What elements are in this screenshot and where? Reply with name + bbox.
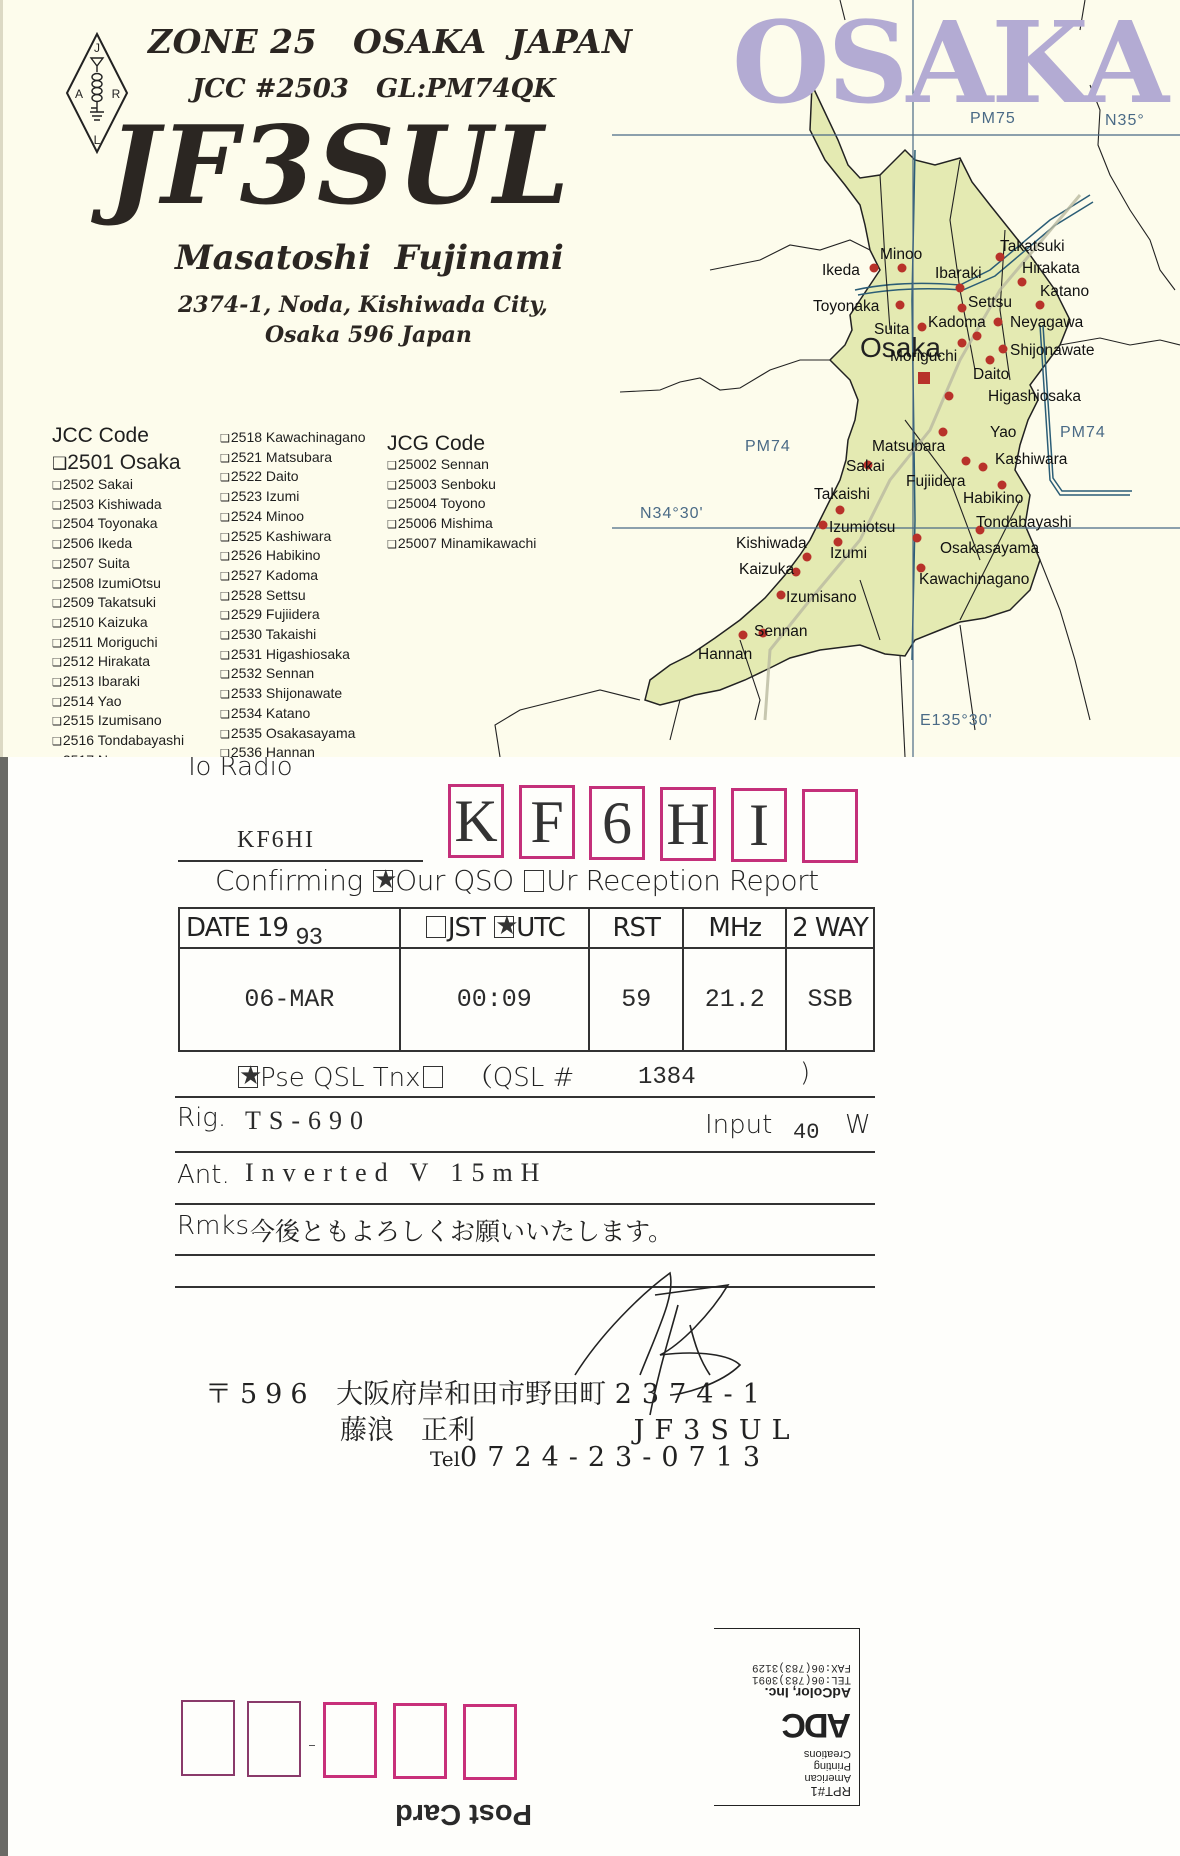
our-qso-checkbox[interactable] [373, 870, 393, 892]
map-city-label: Kaizuka [739, 561, 794, 579]
printer-tagline: Creations [722, 1748, 851, 1760]
jcc-list-column-1: 2502 Sakai2503 Kishiwada2504 Toyonaka250… [52, 476, 184, 772]
map-city-label: Daito [973, 366, 1009, 384]
jcg-list-item[interactable]: 25004 Toyono [387, 495, 536, 515]
rst-header: RST [589, 908, 684, 948]
jcc-featured-item: 2501 Osaka [52, 451, 181, 475]
map-city-label: Katano [1040, 283, 1089, 301]
map-city-label: Sennan [754, 623, 807, 641]
map-city-label: Hirakata [1022, 260, 1080, 278]
jcc-list-item[interactable]: 2523 Izumi [220, 488, 366, 508]
ant-underline [175, 1203, 875, 1205]
to-callsign: KF6HI [237, 827, 315, 854]
jcg-list-item[interactable]: 25007 Minamikawachi [387, 535, 536, 555]
jcc-list-item[interactable]: 2507 Suita [52, 555, 184, 575]
way-header: 2 WAY [786, 908, 874, 948]
confirming-line: Confirming Our QSO Ur Reception Report [215, 864, 819, 897]
rst-cell: 59 [589, 948, 684, 1051]
jcc-list-item[interactable]: 2530 Takaishi [220, 626, 366, 646]
jcc-list-item[interactable]: 2506 Ikeda [52, 535, 184, 555]
jcc-list-item[interactable]: 2526 Habikino [220, 547, 366, 567]
jcc-list-item[interactable]: 2527 Kadoma [220, 567, 366, 587]
input-label: Input [705, 1110, 772, 1140]
grid-label-pm75: PM75 [970, 110, 1016, 128]
jcg-list-item[interactable]: 25003 Senboku [387, 476, 536, 496]
map-city-label: Tondabayashi [976, 514, 1072, 532]
jcc-list-item[interactable]: 2515 Izumisano [52, 712, 184, 732]
antenna-value: Inverted V 15mH [245, 1158, 547, 1188]
postal-code-box[interactable] [323, 1702, 377, 1778]
time-cell: 00:09 [400, 948, 589, 1051]
jcc-list-item[interactable]: 2528 Settsu [220, 587, 366, 607]
jcg-list: 25002 Sennan25003 Senboku25004 Toyono250… [387, 456, 536, 555]
jcc-list-item[interactable]: 2529 Fujiidera [220, 606, 366, 626]
jcc-list-item[interactable]: 2521 Matsubara [220, 449, 366, 469]
our-qso-label: Our QSO [395, 864, 514, 897]
table-row: 06-MAR 00:09 59 21.2 SSB [179, 948, 874, 1051]
jcc-list-item[interactable]: 2522 Daito [220, 468, 366, 488]
postal-code-box[interactable] [247, 1701, 301, 1777]
pse-qsl-line: Pse QSL Tnx （QSL # [236, 1057, 574, 1094]
jcc-list-item[interactable]: 2516 Tondabayashi [52, 732, 184, 752]
map-city-label: Takatsuki [1000, 238, 1065, 256]
map-city-label: Habikino [963, 490, 1023, 508]
printer-tagline: Printing [722, 1760, 851, 1772]
mode-cell: SSB [786, 948, 874, 1051]
rig-underline [175, 1151, 875, 1153]
ur-reception-label: Ur Reception Report [546, 864, 819, 897]
printer-tel: TEL:06(783)3091 [722, 1673, 851, 1685]
map-city-label: Toyonaka [813, 298, 879, 316]
utc-checkbox[interactable] [494, 916, 514, 938]
zip-dash [309, 1745, 315, 1746]
jcc-list-item[interactable]: 2531 Higashiosaka [220, 646, 366, 666]
input-power: 40 [793, 1120, 819, 1145]
printer-code: RPT#1 [722, 1784, 851, 1799]
map-city-label: Matsubara [872, 438, 945, 456]
jcc-list-item[interactable]: 2514 Yao [52, 693, 184, 713]
jcc-list-item[interactable]: 2502 Sakai [52, 476, 184, 496]
jcc-list-item[interactable]: 2504 Toyonaka [52, 515, 184, 535]
callsign-box[interactable]: H [660, 787, 716, 861]
jcc-list-item[interactable]: 2533 Shijonawate [220, 685, 366, 705]
jcc-code-header: JCC Code [52, 424, 149, 448]
callsign-box[interactable] [802, 789, 858, 863]
jcc-list-item[interactable]: 2509 Takatsuki [52, 594, 184, 614]
callsign-box[interactable]: K [448, 784, 504, 858]
qso-table: DATE 19 93 JST UTC RST MHz 2 WAY 06-MAR … [178, 907, 875, 1052]
map-title: OSAKA [732, 8, 1167, 120]
ur-reception-checkbox[interactable] [524, 870, 544, 892]
map-city-label: Ibaraki [935, 265, 982, 283]
jcc-list-item[interactable]: 2508 IzumiOtsu [52, 575, 184, 595]
mhz-cell: 21.2 [683, 948, 785, 1051]
map-city-label: Settsu [968, 294, 1012, 312]
map-city-label: Neyagawa [1010, 314, 1083, 332]
tnx-checkbox[interactable] [423, 1066, 443, 1088]
jcc-list-item[interactable]: 2513 Ibaraki [52, 673, 184, 693]
map-city-label: Ikeda [822, 262, 860, 280]
jcc-list-item[interactable]: 2525 Kashiwara [220, 528, 366, 548]
map-city-label: Osakasayama [940, 540, 1039, 558]
grid-label-n35: N35° [1105, 112, 1145, 130]
remarks-value: 今後ともよろしくお願いいたします。 [250, 1212, 673, 1248]
qsl-number: 1384 [638, 1064, 696, 1091]
to-radio-label: To Radio [184, 757, 293, 777]
map-city-label: Minoo [880, 246, 922, 264]
map-city-label: Kadoma [928, 314, 986, 332]
jcc-list-item[interactable]: 2512 Hirakata [52, 653, 184, 673]
grid-label-pm74-left: PM74 [745, 438, 791, 456]
map-city-label: Takaishi [814, 486, 870, 504]
jcc-list-item[interactable]: 2524 Minoo [220, 508, 366, 528]
printer-fax: FAX:06(783)3129 [722, 1661, 851, 1673]
jcc-list-item[interactable]: 2518 Kawachinagano [220, 429, 366, 449]
postal-code-box[interactable] [181, 1700, 235, 1776]
jcc-list-item[interactable]: 2535 Osakasayama [220, 725, 366, 745]
post-card-label: Post Card [395, 1797, 532, 1830]
qsl-card-front: J A R L ZONE 25 OSAKA JAPAN JCC #2503 GL… [0, 0, 1180, 757]
postal-code-box[interactable] [393, 1703, 447, 1779]
year-value: 93 [295, 925, 322, 952]
map-city-label: Kishiwada [736, 535, 807, 553]
jcc-list-item[interactable]: 2511 Moriguchi [52, 634, 184, 654]
card-edge [0, 757, 8, 1856]
input-unit: W [845, 1110, 871, 1140]
postal-code-box[interactable] [463, 1704, 517, 1780]
map-city-label: Sakai [846, 458, 885, 476]
callsign-box[interactable]: I [731, 788, 787, 862]
map-city-label: Suita [874, 321, 909, 339]
jcg-list-item[interactable]: 25006 Mishima [387, 515, 536, 535]
map-city-label: Yao [990, 424, 1016, 442]
rig-value: TS-690 [245, 1106, 371, 1136]
callsign-box[interactable]: F [519, 785, 575, 859]
table-header-row: DATE 19 93 JST UTC RST MHz 2 WAY [179, 908, 874, 948]
to-callsign-underline [178, 860, 423, 862]
grid-label-pm74-right: PM74 [1060, 424, 1106, 442]
jcc-list-item[interactable]: 2510 Kaizuka [52, 614, 184, 634]
jcc-list-column-2: 2518 Kawachinagano2521 Matsubara2522 Dai… [220, 429, 366, 764]
jcc-list-item[interactable]: 2532 Sennan [220, 665, 366, 685]
remarks-underline [175, 1254, 875, 1256]
qsl-close-paren: ) [800, 1058, 810, 1088]
timezone-header: JST UTC [400, 908, 589, 948]
map-city-label: Izumiotsu [829, 519, 895, 537]
pse-checkbox[interactable] [238, 1066, 258, 1088]
printer-tagline: American [722, 1772, 851, 1784]
confirming-label: Confirming [215, 864, 363, 897]
map-city-label: Izumisano [786, 589, 857, 607]
pse-underline [175, 1096, 875, 1098]
jcg-code-header: JCG Code [387, 432, 485, 456]
map-city-label: Kashiwara [995, 451, 1067, 469]
map-city-label: Izumi [830, 545, 867, 563]
map-city-label: Shijonawate [1010, 342, 1094, 360]
map-city-label: Moriguchi [890, 348, 957, 366]
map-city-label: Fujiidera [906, 473, 965, 491]
callsign-box[interactable]: 6 [589, 786, 645, 860]
jcg-list-item[interactable]: 25002 Sennan [387, 456, 536, 476]
sender-address-jp: 〒596 大阪府岸和田市野田町 2374-1 [205, 1372, 770, 1411]
jcc-list-item[interactable]: 2534 Katano [220, 705, 366, 725]
map-city-label: Hannan [698, 646, 752, 664]
jcc-list-item[interactable]: 2503 Kishiwada [52, 496, 184, 516]
rig-label: Rig. [177, 1103, 226, 1133]
map-city-label: Higashiosaka [988, 388, 1081, 406]
jst-checkbox[interactable] [426, 916, 446, 938]
grid-label-n34-30: N34°30' [640, 505, 704, 523]
adc-logo-icon: ADC [722, 1705, 851, 1744]
printer-company: AdColor, Inc. [722, 1685, 851, 1701]
mhz-header: MHz [683, 908, 785, 948]
date-cell: 06-MAR [179, 948, 400, 1051]
sender-tel-jp: Tel0724-23-0713 [430, 1442, 770, 1473]
grid-label-e135-30: E135°30' [920, 712, 993, 730]
printer-imprint: RPT#1 American Printing Creations ADC Ad… [714, 1628, 860, 1806]
remarks-label: Rmks. [177, 1211, 257, 1241]
map-city-label: Kawachinagano [919, 571, 1029, 589]
ant-label: Ant. [177, 1160, 230, 1190]
date-header: DATE 19 93 [179, 908, 400, 948]
